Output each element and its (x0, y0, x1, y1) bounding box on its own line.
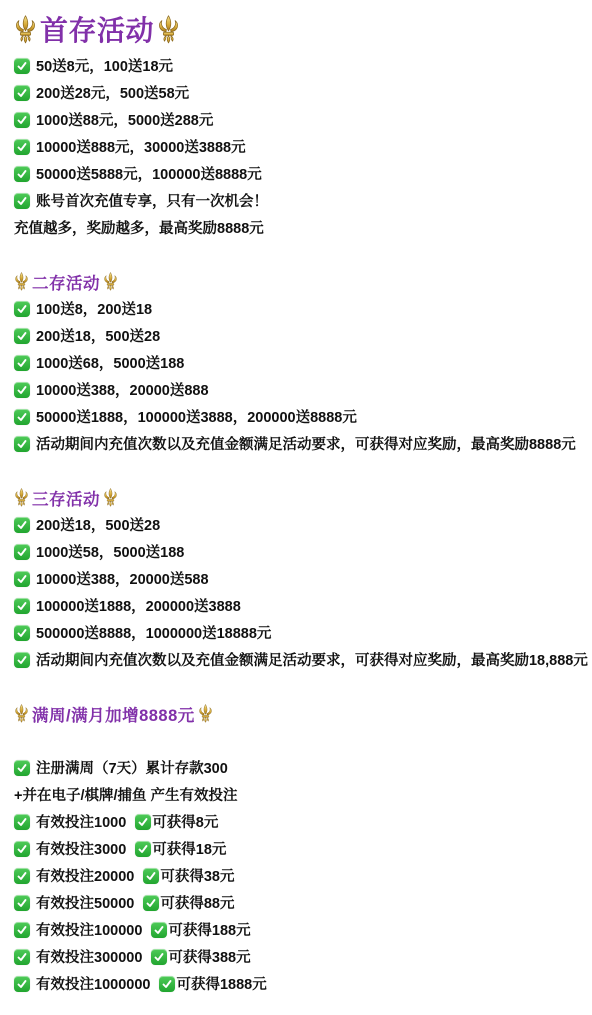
checkmark-icon (14, 625, 30, 641)
checkmark-icon (14, 355, 30, 371)
fleur-de-lis-icon (103, 272, 118, 291)
promo-line: 50000送1888，100000送3888，200000送8888元 (14, 403, 582, 430)
section-1: 首存活动50送8元，100送18元200送28元，500送58元1000送88元… (14, 9, 582, 241)
promo-text: 充值越多，奖励越多，最高奖励8888元 (14, 217, 264, 238)
section-title: 首存活动 (40, 9, 154, 49)
promo-text: 200送28元，500送58元 (36, 82, 189, 103)
checkmark-icon (14, 193, 30, 209)
promo-line: 有效投注1000可获得8元 (14, 808, 582, 835)
promo-line: 活动期间内充值次数以及充值金额满足活动要求，可获得对应奖励，最高奖励8888元 (14, 430, 582, 457)
promo-line: 200送18，500送28 (14, 511, 582, 538)
checkmark-icon (14, 382, 30, 398)
promo-text: 10000送888元，30000送3888元 (36, 136, 246, 157)
checkmark-icon (151, 949, 167, 965)
fleur-de-lis-icon (14, 488, 29, 507)
checkmark-icon (151, 922, 167, 938)
promo-text: +并在电子/棋牌/捕鱼 产生有效投注 (14, 784, 238, 805)
fleur-de-lis-icon (103, 488, 118, 507)
promo-text: 可获得38元 (160, 865, 234, 886)
section-title: 满周/满月加增8888元 (32, 702, 195, 726)
promo-line: 有效投注300000可获得388元 (14, 943, 582, 970)
checkmark-icon (14, 517, 30, 533)
promo-text: 1000送58，5000送188 (36, 541, 184, 562)
fleur-de-lis-icon (14, 15, 37, 44)
checkmark-icon (14, 409, 30, 425)
checkmark-icon (14, 841, 30, 857)
promo-text: 活动期间内充值次数以及充值金额满足活动要求，可获得对应奖励，最高奖励18,888… (36, 649, 588, 670)
promo-text: 有效投注50000 (36, 892, 134, 913)
promo-text: 10000送388，20000送588 (36, 568, 209, 589)
promo-text: 有效投注1000 (36, 811, 126, 832)
promo-text: 1000送88元，5000送288元 (36, 109, 213, 130)
promo-text: 10000送388，20000送888 (36, 379, 209, 400)
checkmark-icon (14, 949, 30, 965)
promo-text: 可获得88元 (160, 892, 234, 913)
checkmark-icon (14, 868, 30, 884)
checkmark-icon (159, 976, 175, 992)
promo-text: 可获得388元 (168, 946, 250, 967)
checkmark-icon (143, 868, 159, 884)
promo-line: 10000送888元，30000送3888元 (14, 133, 582, 160)
section-title: 三存活动 (32, 486, 100, 510)
checkmark-icon (14, 760, 30, 776)
promo-line: 100000送1888，200000送3888 (14, 592, 582, 619)
section-title: 二存活动 (32, 270, 100, 294)
section-heading: 满周/满月加增8888元 (14, 700, 582, 727)
promo-text: 可获得1888元 (176, 973, 266, 994)
promo-line: 1000送58，5000送188 (14, 538, 582, 565)
checkmark-icon (14, 652, 30, 668)
section-4: 满周/满月加增8888元注册满周（7天）累计存款300+并在电子/棋牌/捕鱼 产… (14, 700, 582, 997)
promo-line: 注册满周（7天）累计存款300 (14, 754, 582, 781)
checkmark-icon (14, 58, 30, 74)
checkmark-icon (14, 301, 30, 317)
promo-line: 有效投注50000可获得88元 (14, 889, 582, 916)
promo-line: +并在电子/棋牌/捕鱼 产生有效投注 (14, 781, 582, 808)
checkmark-icon (14, 571, 30, 587)
section-heading: 三存活动 (14, 484, 582, 511)
promo-line: 50000送5888元，100000送8888元 (14, 160, 582, 187)
checkmark-icon (14, 436, 30, 452)
promo-line: 有效投注20000可获得38元 (14, 862, 582, 889)
checkmark-icon (14, 814, 30, 830)
promo-text: 100000送1888，200000送3888 (36, 595, 241, 616)
promo-line: 1000送68，5000送188 (14, 349, 582, 376)
section-heading: 首存活动 (14, 9, 582, 49)
promo-text: 有效投注300000 (36, 946, 142, 967)
promo-line: 1000送88元，5000送288元 (14, 106, 582, 133)
promo-text: 可获得8元 (152, 811, 218, 832)
promo-line: 10000送388，20000送588 (14, 565, 582, 592)
fleur-de-lis-icon (157, 15, 180, 44)
promo-line: 有效投注3000可获得18元 (14, 835, 582, 862)
promo-text: 1000送68，5000送188 (36, 352, 184, 373)
promo-text: 可获得188元 (168, 919, 250, 940)
promo-text: 账号首次充值专享，只有一次机会！ (36, 190, 268, 211)
promo-text: 100送8，200送18 (36, 298, 152, 319)
promo-text: 50000送1888，100000送3888，200000送8888元 (36, 406, 357, 427)
promo-text: 200送18，500送28 (36, 514, 160, 535)
checkmark-icon (135, 814, 151, 830)
promo-line: 500000送8888，1000000送18888元 (14, 619, 582, 646)
promo-text: 有效投注20000 (36, 865, 134, 886)
promo-text: 注册满周（7天）累计存款300 (36, 757, 228, 778)
promo-line: 50送8元，100送18元 (14, 52, 582, 79)
promo-line: 账号首次充值专享，只有一次机会！ (14, 187, 582, 214)
section-heading: 二存活动 (14, 268, 582, 295)
promo-text: 可获得18元 (152, 838, 226, 859)
promo-line: 100送8，200送18 (14, 295, 582, 322)
checkmark-icon (14, 85, 30, 101)
checkmark-icon (14, 166, 30, 182)
checkmark-icon (14, 895, 30, 911)
checkmark-icon (14, 139, 30, 155)
promo-line: 有效投注1000000可获得1888元 (14, 970, 582, 997)
promo-text: 有效投注1000000 (36, 973, 150, 994)
section-2: 二存活动100送8，200送18200送18，500送281000送68，500… (14, 268, 582, 457)
promo-text: 50送8元，100送18元 (36, 55, 173, 76)
fleur-de-lis-icon (14, 704, 29, 723)
promo-line: 10000送388，20000送888 (14, 376, 582, 403)
promo-line: 充值越多，奖励越多，最高奖励8888元 (14, 214, 582, 241)
checkmark-icon (135, 841, 151, 857)
promo-text: 有效投注3000 (36, 838, 126, 859)
promo-document: 首存活动50送8元，100送18元200送28元，500送58元1000送88元… (0, 0, 592, 1009)
fleur-de-lis-icon (198, 704, 213, 723)
checkmark-icon (14, 544, 30, 560)
checkmark-icon (143, 895, 159, 911)
promo-line: 200送28元，500送58元 (14, 79, 582, 106)
checkmark-icon (14, 112, 30, 128)
promo-line: 200送18，500送28 (14, 322, 582, 349)
checkmark-icon (14, 922, 30, 938)
promo-text: 50000送5888元，100000送8888元 (36, 163, 262, 184)
promo-text: 活动期间内充值次数以及充值金额满足活动要求，可获得对应奖励，最高奖励8888元 (36, 433, 576, 454)
promo-text: 200送18，500送28 (36, 325, 160, 346)
checkmark-icon (14, 598, 30, 614)
promo-text: 500000送8888，1000000送18888元 (36, 622, 271, 643)
fleur-de-lis-icon (14, 272, 29, 291)
promo-text: 有效投注100000 (36, 919, 142, 940)
checkmark-icon (14, 328, 30, 344)
checkmark-icon (14, 976, 30, 992)
section-3: 三存活动200送18，500送281000送58，5000送18810000送3… (14, 484, 582, 673)
promo-line: 有效投注100000可获得188元 (14, 916, 582, 943)
promo-line: 活动期间内充值次数以及充值金额满足活动要求，可获得对应奖励，最高奖励18,888… (14, 646, 582, 673)
